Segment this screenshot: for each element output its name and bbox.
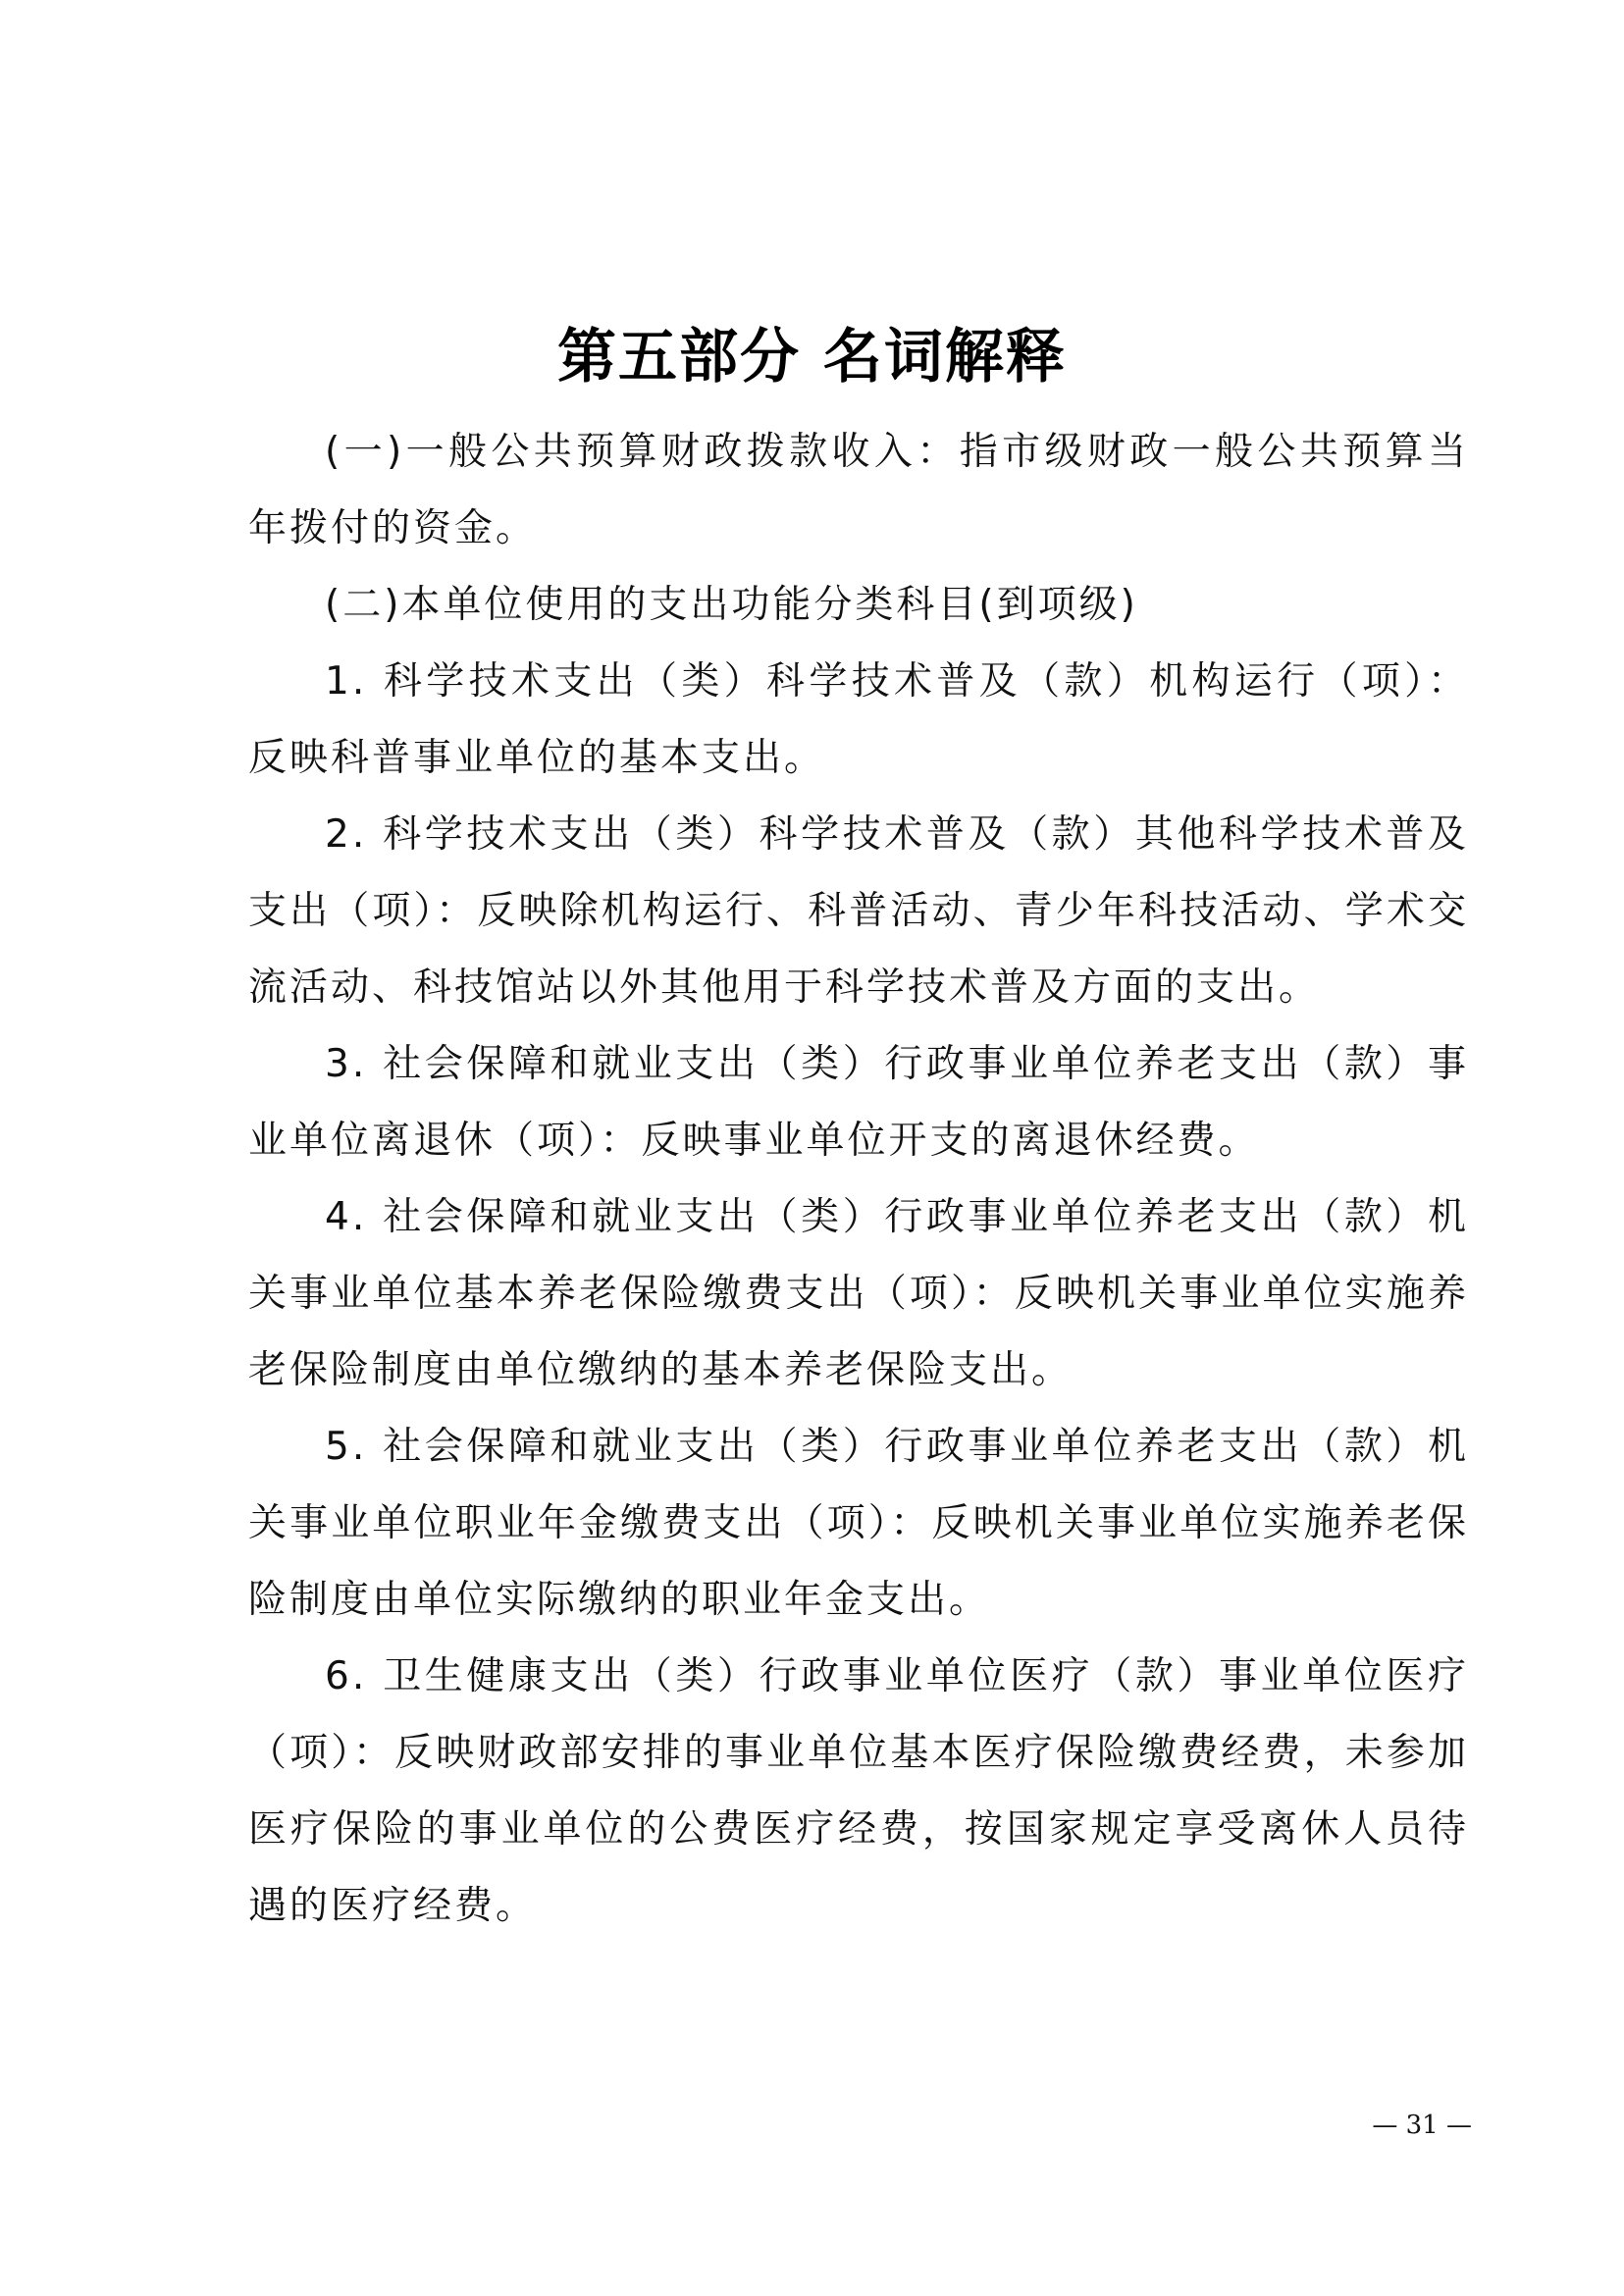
paragraph-item-4: 4. 社会保障和就业支出（类）行政事业单位养老支出（款）机关事业单位基本养老保险… <box>248 1179 1469 1409</box>
paragraph-item-3: 3. 社会保障和就业支出（类）行政事业单位养老支出（款）事业单位离退休（项）：反… <box>248 1026 1469 1179</box>
paragraph-item-6: 6. 卫生健康支出（类）行政事业单位医疗（款）事业单位医疗（项）：反映财政部安排… <box>248 1639 1469 1945</box>
page-title: 第五部分 名词解释 <box>0 322 1624 392</box>
paragraph-general-budget-income: (一)一般公共预算财政拨款收入：指市级财政一般公共预算当年拨付的资金。 <box>248 414 1469 567</box>
paragraph-item-1: 1. 科学技术支出（类）科学技术普及（款）机构运行（项）：反映科普事业单位的基本… <box>248 644 1469 797</box>
paragraph-expenditure-classification-heading: (二)本单位使用的支出功能分类科目(到项级) <box>248 567 1469 644</box>
page-number: — 31 — <box>1354 2108 1472 2143</box>
paragraph-item-2: 2. 科学技术支出（类）科学技术普及（款）其他科学技术普及支出（项）：反映除机构… <box>248 797 1469 1026</box>
document-body: (一)一般公共预算财政拨款收入：指市级财政一般公共预算当年拨付的资金。 (二)本… <box>248 414 1469 1945</box>
paragraph-item-5: 5. 社会保障和就业支出（类）行政事业单位养老支出（款）机关事业单位职业年金缴费… <box>248 1409 1469 1639</box>
